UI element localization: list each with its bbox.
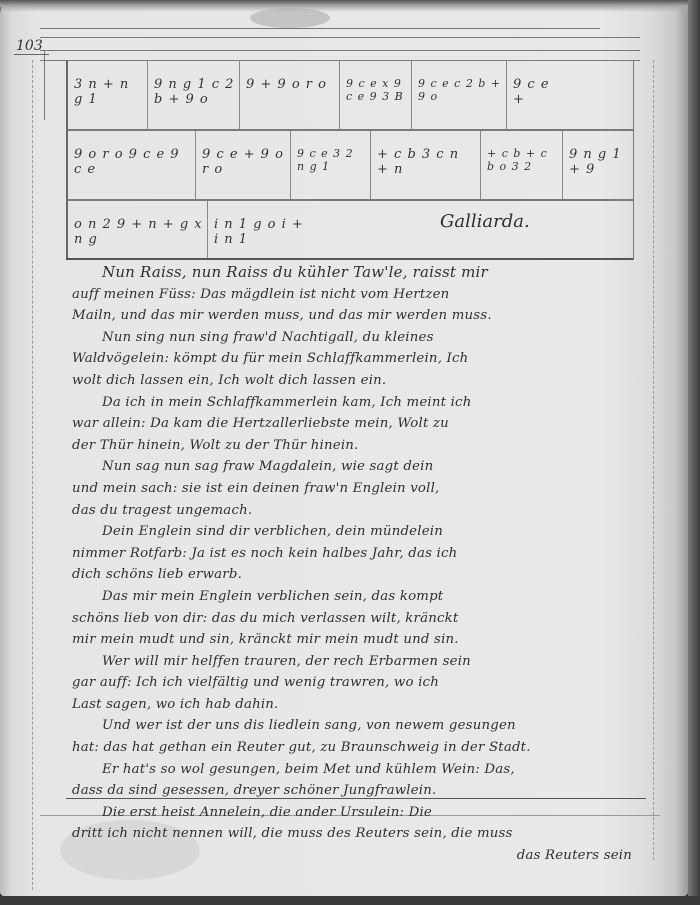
ruling-line	[66, 798, 646, 799]
lyric-line: Wer will mir helffen trauren, der rech E…	[72, 651, 642, 673]
tab-bar: 9 n g 1 + 9	[563, 131, 633, 199]
tab-bar: 9 c e + 9 o r o	[196, 131, 291, 199]
lyric-line: gar auff: Ich ich vielfältig und wenig t…	[72, 672, 642, 694]
margin-ruling	[653, 60, 654, 860]
tab-notation: 9 n g 1 c 2 b + 9 o	[154, 77, 235, 107]
tab-notation: 9 + 9 o r o	[246, 77, 327, 92]
tab-notation: + c b 3 c n + n	[377, 147, 476, 177]
tab-notation: 9 n g 1 + 9	[569, 147, 629, 177]
lyric-line: Und wer ist der uns dis liedlein sang, v…	[72, 715, 642, 737]
lyric-line: nimmer Rotfarb: Ja ist es noch kein halb…	[72, 543, 642, 565]
tab-bar: o n 2 9 + n + g x n g	[68, 201, 208, 259]
lyric-line: der Thür hinein, Wolt zu der Thür hinein…	[72, 435, 642, 457]
lyric-line: dich schöns lieb erwarb.	[72, 564, 642, 586]
tab-notation: 9 c e c 2 b + 9 o	[418, 77, 502, 103]
lyric-line: schöns lieb von dir: das du mich verlass…	[72, 608, 642, 630]
tab-bar: 3 n + n g 1	[68, 61, 148, 129]
ruling-line	[40, 28, 600, 29]
lyric-line: das Reuters sein	[72, 845, 642, 867]
lyric-line: mir mein mudt und sin, kränckt mir mein …	[72, 629, 642, 651]
piece-title: Galliarda.	[440, 211, 530, 232]
lyric-line: Da ich in mein Schlaffkammerlein kam, Ic…	[72, 392, 642, 414]
tab-bar: 9 o r o 9 c e 9 c e	[68, 131, 196, 199]
tab-notation: 3 n + n g 1	[74, 77, 143, 107]
lyric-line: das du tragest ungemach.	[72, 500, 642, 522]
tab-notation: 9 o r o 9 c e 9 c e	[74, 147, 191, 177]
lyric-line: Last sagen, wo ich hab dahin.	[72, 694, 642, 716]
tab-bar: 9 c e x 9 c e 9 3 B	[340, 61, 412, 129]
tab-bar: i n 1 g o i + i n 1	[208, 201, 308, 259]
lyric-line: Waldvögelein: kömpt du für mein Schlaffk…	[72, 348, 642, 370]
tablature-system-2: 9 o r o 9 c e 9 c e 9 c e + 9 o r o 9 c …	[66, 130, 634, 200]
song-text: Nun Raiss, nun Raiss du kühler Taw'le, r…	[72, 262, 642, 867]
lyric-line: auff meinen Füss: Das mägdlein ist nicht…	[72, 284, 642, 306]
tab-notation: + c b + c b o 3 2	[487, 147, 558, 173]
lyric-line: war allein: Da kam die Hertzallerliebste…	[72, 413, 642, 435]
page-bottom-edge	[0, 896, 700, 905]
ruling-line	[40, 50, 640, 51]
ruling-line	[40, 37, 640, 38]
tab-bar: 9 + 9 o r o	[240, 61, 340, 129]
tab-bar: 9 c e 3 2 n g 1	[291, 131, 371, 199]
tab-bar: 9 c e c 2 b + 9 o	[412, 61, 507, 129]
lyric-line: wolt dich lassen ein, Ich wolt dich lass…	[72, 370, 642, 392]
lyric-line: Dein Englein sind dir verblichen, dein m…	[72, 521, 642, 543]
tab-notation: 9 c e 3 2 n g 1	[297, 147, 366, 173]
ruling-line	[66, 258, 633, 260]
book-spine-edge	[688, 0, 700, 905]
tab-notation: 9 c e + 9 o r o	[202, 147, 286, 177]
tablature-system-3: o n 2 9 + n + g x n g i n 1 g o i + i n …	[66, 200, 634, 260]
lyric-line: Das mir mein Englein verblichen sein, da…	[72, 586, 642, 608]
tab-bar: 9 n g 1 c 2 b + 9 o	[148, 61, 240, 129]
page-top-edge	[0, 0, 700, 12]
lyric-line: Mailn, und das mir werden muss, und das …	[72, 305, 642, 327]
tab-bar: + c b 3 c n + n	[371, 131, 481, 199]
tab-bar: + c b + c b o 3 2	[481, 131, 563, 199]
lyric-line: Nun sing nun sing fraw'd Nachtigall, du …	[72, 327, 642, 349]
tab-bar: 9 c e +	[507, 61, 567, 129]
margin-ruling	[32, 60, 33, 890]
tab-notation: 9 c e x 9 c e 9 3 B	[346, 77, 407, 103]
lyric-line: dritt ich nicht nennen will, die muss de…	[72, 823, 642, 845]
tablature-system-1: 3 n + n g 1 9 n g 1 c 2 b + 9 o 9 + 9 o …	[66, 60, 634, 130]
lyric-line: Nun Raiss, nun Raiss du kühler Taw'le, r…	[72, 262, 642, 284]
ruling-line	[44, 50, 45, 120]
lyric-line: Er hat's so wol gesungen, beim Met und k…	[72, 759, 642, 781]
lyric-line: hat: das hat gethan ein Reuter gut, zu B…	[72, 737, 642, 759]
manuscript-page: 103 3 n + n g 1 9 n g 1 c 2 b + 9 o 9 + …	[0, 0, 688, 896]
lyric-line: und mein sach: sie ist ein deinen fraw'n…	[72, 478, 642, 500]
lyric-line: Die erst heist Annelein, die ander Ursul…	[72, 802, 642, 824]
tab-notation: o n 2 9 + n + g x n g	[74, 217, 203, 247]
tab-notation: 9 c e +	[513, 77, 563, 107]
tab-notation: i n 1 g o i + i n 1	[214, 217, 304, 247]
lyric-line: Nun sag nun sag fraw Magdalein, wie sagt…	[72, 456, 642, 478]
folio-number: 103	[14, 38, 49, 55]
